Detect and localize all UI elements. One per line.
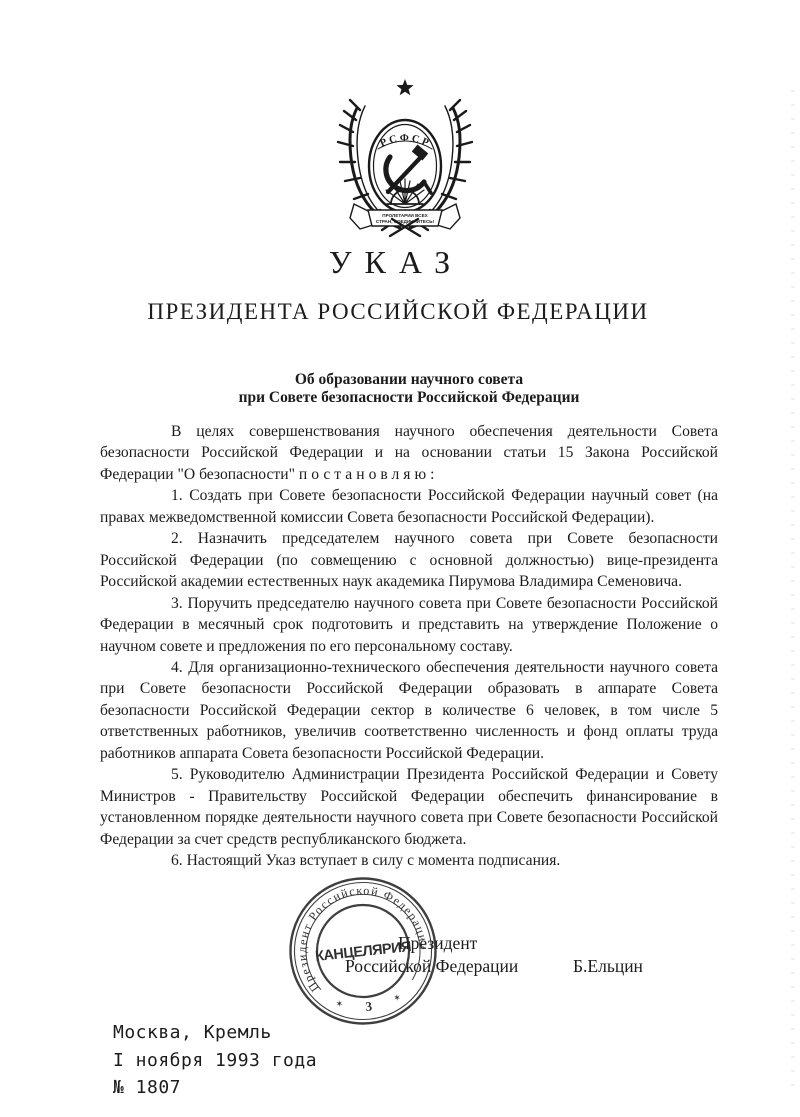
document-subject: Об образовании научного совета при Совет… bbox=[100, 371, 718, 406]
document-footer: Москва, Кремль I ноября 1993 года № 1807 bbox=[113, 1019, 317, 1102]
decree-paragraph-2: 2. Назначить председателем научного сове… bbox=[100, 528, 718, 592]
rsfsr-coat-of-arms-icon: РСФСР bbox=[330, 78, 480, 238]
decree-body: В целях совершенствования научного обесп… bbox=[100, 421, 718, 872]
intro-resolve-word: постановляю: bbox=[299, 466, 439, 483]
svg-text:РСФСР: РСФСР bbox=[379, 133, 433, 150]
stamp-number: 3 bbox=[365, 998, 374, 1014]
footer-date: I ноября 1993 года bbox=[113, 1047, 317, 1075]
decree-document-page: РСФСР bbox=[0, 0, 800, 1117]
decree-paragraph-1: 1. Создать при Совете безопасности Росси… bbox=[100, 485, 718, 528]
decree-paragraph-4: 4. Для организационно-технического обесп… bbox=[100, 657, 718, 764]
emblem-motto-line1: ПРОЛЕТАРИИ ВСЕХ bbox=[382, 213, 428, 218]
emblem-acronym: РСФСР bbox=[379, 133, 433, 150]
subject-line-1: Об образовании научного совета bbox=[100, 371, 718, 389]
emblem-motto-line2: СТРАН, СОЕДИНЯЙТЕСЬ! bbox=[376, 217, 435, 224]
decree-paragraph-5: 5. Руководителю Администрации Президента… bbox=[100, 764, 718, 850]
stamp-ring-text: Президент Российской Федерации bbox=[288, 877, 434, 996]
svg-text:Президент Российской Федерации: Президент Российской Федерации bbox=[288, 877, 434, 996]
signatory-name: Б.Ельцин bbox=[573, 956, 643, 977]
document-issuer-title: ПРЕЗИДЕНТА РОССИЙСКОЙ ФЕДЕРАЦИИ bbox=[0, 299, 796, 325]
stamp-center-text: КАНЦЕЛЯРИЯ bbox=[314, 939, 411, 965]
star-icon bbox=[396, 79, 413, 95]
decree-paragraph-3: 3. Поручить председателю научного совета… bbox=[100, 593, 718, 657]
stamp-star-left-icon: ✶ bbox=[335, 998, 344, 1009]
chancellery-stamp: Президент Российской Федерации КАНЦЕЛЯРИ… bbox=[281, 869, 446, 1034]
signature-area: Президент Российской Федерации Б.Ельцин … bbox=[0, 870, 800, 1030]
subject-line-2: при Совете безопасности Российской Федер… bbox=[100, 389, 718, 407]
stamp-star-right-icon: ✶ bbox=[393, 992, 402, 1003]
footer-place: Москва, Кремль bbox=[113, 1019, 317, 1047]
decree-intro-paragraph: В целях совершенствования научного обесп… bbox=[100, 421, 718, 485]
decree-paragraph-6: 6. Настоящий Указ вступает в силу с моме… bbox=[100, 850, 718, 871]
footer-number: № 1807 bbox=[113, 1074, 317, 1102]
document-type-title: УКАЗ bbox=[0, 244, 792, 281]
